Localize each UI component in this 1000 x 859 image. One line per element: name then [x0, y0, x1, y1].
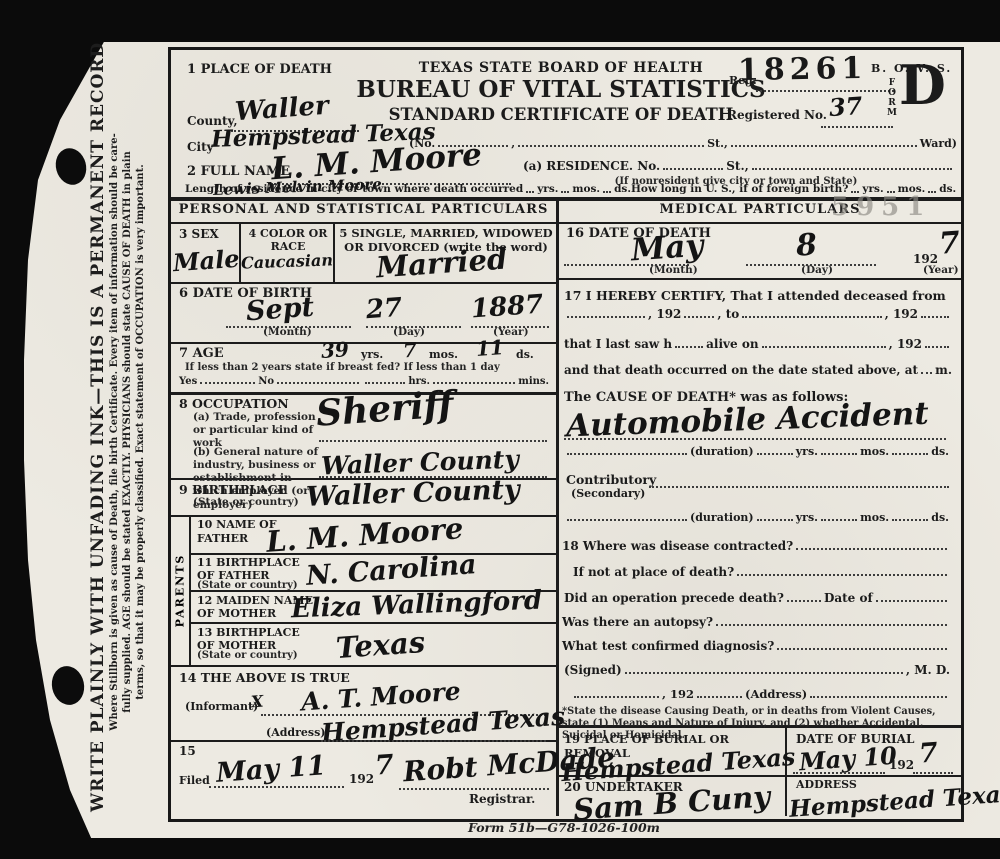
- form-vertical-label: FORM: [887, 78, 896, 118]
- dod-year-sub: (Year): [923, 264, 959, 276]
- certificate-form: 1 PLACE OF DEATH TEXAS STATE BOARD OF HE…: [168, 47, 964, 822]
- length-label: Length of residence in city or town wher…: [185, 184, 523, 196]
- dotted-line: [564, 436, 946, 440]
- burial-year-value: 7: [918, 737, 939, 769]
- signed-address-label: (Address): [745, 688, 807, 701]
- age-yrs-label: yrs.: [361, 348, 383, 361]
- ward-label: Ward): [920, 138, 957, 150]
- age-ds-value: 11: [475, 335, 504, 361]
- dotted-line: [321, 738, 546, 742]
- mos-label: mos.: [860, 446, 889, 458]
- mos-label: mos.: [860, 512, 889, 524]
- autopsy-row: Was there an autopsy?: [562, 616, 950, 629]
- cause-duration-row: (duration) yrs. mos. ds.: [564, 446, 949, 458]
- ds-label: ds.: [614, 184, 631, 196]
- birthplace-value: Waller County: [306, 474, 521, 512]
- last-saw-row: that I last saw h alive on , 192: [564, 338, 952, 351]
- personal-section-title: PERSONAL AND STATISTICAL PARTICULARS: [171, 202, 556, 217]
- divider-line: [171, 665, 556, 667]
- certificate-number-stamp: 18261: [738, 51, 868, 88]
- punch-hole-bottom: [48, 663, 87, 708]
- q18d-label: Was there an autopsy?: [562, 616, 713, 629]
- dob-day-value: 27: [365, 293, 403, 325]
- divider-line: [189, 515, 191, 665]
- age-label: 7 AGE: [179, 346, 224, 361]
- yrs-label: yrs.: [537, 184, 558, 196]
- divider-line: [171, 222, 961, 224]
- contributory-label: Contributory: [566, 472, 656, 487]
- sex-label: 3 SEX: [179, 227, 219, 241]
- form-letter-d: D: [899, 58, 946, 112]
- dob-month-value: Sept: [245, 292, 315, 328]
- year-192-label: , 192: [889, 338, 922, 351]
- divider-line: [171, 515, 556, 517]
- signed-label: (Signed): [564, 664, 622, 677]
- q18a-label: 18 Where was disease contracted?: [562, 540, 793, 553]
- residence-label: (a) RESIDENCE. No.: [523, 160, 660, 173]
- yrs-label: yrs.: [796, 446, 818, 458]
- scanned-paper: WRITE PLAINLY WITH UNFADING INK—THIS IS …: [0, 0, 1000, 859]
- year-192-label: , 192: [885, 308, 918, 321]
- contributory-duration-row: (duration) yrs. mos. ds.: [564, 512, 949, 524]
- margin-bold-line: WRITE PLAINLY WITH UNFADING INK—THIS IS …: [88, 52, 108, 812]
- death-occurred-row: and that death occurred on the date stat…: [564, 364, 952, 377]
- certify-label: 17 I HEREBY CERTIFY, That I attended dec…: [564, 288, 946, 303]
- burial-year-printed: 192: [889, 758, 914, 772]
- birthplace-label: 9 BIRTHPLACE: [179, 482, 287, 497]
- dotted-line: [913, 770, 953, 774]
- dotted-line: [209, 784, 344, 788]
- father-birthplace-sub: (State or country): [197, 580, 298, 591]
- duration-label: (duration): [690, 446, 754, 458]
- age-mos-value: 7: [402, 338, 418, 363]
- parents-group-label: PARENTS: [171, 515, 189, 665]
- margin-note-1: Where Stillborn is given as cause of Dea…: [108, 52, 121, 812]
- occupation-a-value: Sheriff: [315, 383, 455, 434]
- yes-label: Yes: [179, 376, 197, 387]
- informant-label: (Informant): [185, 700, 258, 713]
- dod-day-sub: (Day): [801, 264, 833, 276]
- mother-birthplace-value: Texas: [335, 625, 426, 665]
- residence-row: (a) RESIDENCE. No. St.,: [523, 160, 955, 173]
- occurred-label: and that death occurred on the date stat…: [564, 364, 918, 377]
- board-title: TEXAS STATE BOARD OF HEALTH: [351, 60, 771, 76]
- age-note: If less than 2 years state if breast fed…: [185, 362, 500, 373]
- place-of-death-label: 1 PLACE OF DEATH: [187, 62, 332, 77]
- mother-birthplace-sub: (State or country): [197, 650, 298, 661]
- yrs-label: yrs.: [796, 512, 818, 524]
- father-birthplace-label: 11 BIRTHPLACE OF FATHER: [197, 556, 312, 582]
- dotted-line: [399, 786, 549, 790]
- operation-row: Did an operation precede death? Date of: [564, 592, 950, 605]
- scan-top-bar: [0, 0, 1000, 42]
- birthplace-sub: (State or country): [193, 496, 299, 508]
- divider-line: [556, 278, 961, 280]
- age-yesno-row: Yes No hrs. mins.: [179, 376, 549, 387]
- occurred-m-label: m.: [935, 364, 952, 377]
- dotted-line: [649, 484, 949, 488]
- signed-date-address-row: , 192 (Address): [571, 688, 950, 701]
- dotted-line: [821, 124, 893, 128]
- filed-year-value: 7: [374, 749, 395, 781]
- q18c-label: Did an operation precede death?: [564, 592, 784, 605]
- dotted-line: [793, 770, 885, 774]
- test-confirmed-row: What test confirmed diagnosis?: [562, 640, 950, 653]
- registrar-label: Registrar.: [469, 792, 535, 806]
- q18e-label: What test confirmed diagnosis?: [562, 640, 774, 653]
- informant-x-mark: X: [250, 692, 264, 712]
- occupation-label: 8 OCCUPATION: [179, 396, 289, 411]
- mother-birthplace-label: 13 BIRTHPLACE OF MOTHER: [197, 626, 312, 652]
- margin-note-2: fully supplied. AGE should be stated EXA…: [121, 52, 134, 812]
- mins-label: mins.: [518, 376, 549, 387]
- filed-number-label: 15: [179, 744, 196, 758]
- signed-row: (Signed) , M. D.: [564, 664, 950, 677]
- dob-year-value: 1887: [470, 290, 544, 325]
- race-value: Caucasian: [241, 250, 334, 272]
- ds-label: ds.: [931, 446, 949, 458]
- dotted-line: [319, 438, 547, 442]
- not-at-place-row: If not at place of death?: [573, 566, 950, 579]
- divider-line: [189, 622, 556, 624]
- mos-label: mos.: [572, 184, 600, 196]
- registered-no-value: 37: [828, 91, 863, 122]
- dob-day-sub: (Day): [393, 326, 425, 338]
- dod-day-value: 8: [795, 227, 818, 263]
- margin-note-3: terms, so that it may be properly classi…: [134, 52, 147, 812]
- dod-month-sub: (Month): [649, 264, 698, 276]
- divider-line: [189, 553, 556, 555]
- residence-st-label: St.,: [726, 160, 749, 173]
- occupation-a-label: (a) Trade, profession or particular kind…: [193, 411, 318, 450]
- age-ds-label: ds.: [516, 348, 534, 361]
- ds-label: ds.: [939, 184, 956, 196]
- age-yrs-value: 39: [320, 337, 349, 363]
- filed-label: Filed: [179, 774, 210, 787]
- above-is-true-label: 14 THE ABOVE IS TRUE: [179, 670, 350, 685]
- certify-dates-row: , 192 , to , 192: [564, 308, 952, 321]
- undertaker-address-label: ADDRESS: [796, 778, 857, 791]
- race-label: 4 COLOR OR RACE: [245, 227, 331, 253]
- dob-month-sub: (Month): [263, 326, 312, 338]
- form-number: Form 51b—G78-1026-100m: [468, 820, 660, 835]
- city-label: City: [187, 140, 214, 154]
- disease-contracted-row: 18 Where was disease contracted?: [562, 540, 950, 553]
- q18c2-label: Date of: [824, 592, 873, 605]
- sex-value: Male: [172, 244, 240, 278]
- dotted-line: [756, 88, 894, 92]
- duration-label: (duration): [690, 512, 754, 524]
- year-192-label: , 192: [648, 308, 681, 321]
- md-label: , M. D.: [906, 664, 950, 677]
- registered-no-label: Registered No.: [727, 108, 827, 122]
- year-192-label: , 192: [662, 688, 694, 701]
- filed-date-value: May 11: [215, 750, 327, 789]
- ds-label: ds.: [931, 512, 949, 524]
- to-label: , to: [717, 308, 739, 321]
- howlong-label: How long in U. S., if of foreign birth?: [631, 184, 848, 196]
- informant-address-label: (Address): [266, 726, 326, 739]
- secondary-label: (Secondary): [571, 487, 645, 500]
- divider-line: [333, 222, 335, 282]
- dod-year-value: 7: [938, 225, 961, 261]
- st-label: St.,: [707, 138, 728, 150]
- age-mos-label: mos.: [429, 348, 458, 361]
- filed-year-printed: 192: [349, 772, 374, 786]
- comma-label: ,: [511, 138, 515, 150]
- no-label: No: [258, 376, 274, 387]
- lastsaw-pre-label: that I last saw h: [564, 338, 672, 351]
- lastsaw-mid-label: alive on: [706, 338, 758, 351]
- city-street-row: (No. , St., Ward): [409, 138, 957, 150]
- secondary-number-stamp: 5951: [831, 192, 931, 222]
- q18b-label: If not at place of death?: [573, 566, 734, 579]
- divider-line: [171, 282, 556, 284]
- bureau-title: BUREAU OF VITAL STATISTICS: [351, 76, 771, 103]
- punch-hole-top: [52, 145, 91, 189]
- scan-bottom-bar: [0, 838, 1000, 859]
- father-birthplace-value: N. Carolina: [305, 549, 477, 592]
- margin-instructions: WRITE PLAINLY WITH UNFADING INK—THIS IS …: [88, 52, 147, 812]
